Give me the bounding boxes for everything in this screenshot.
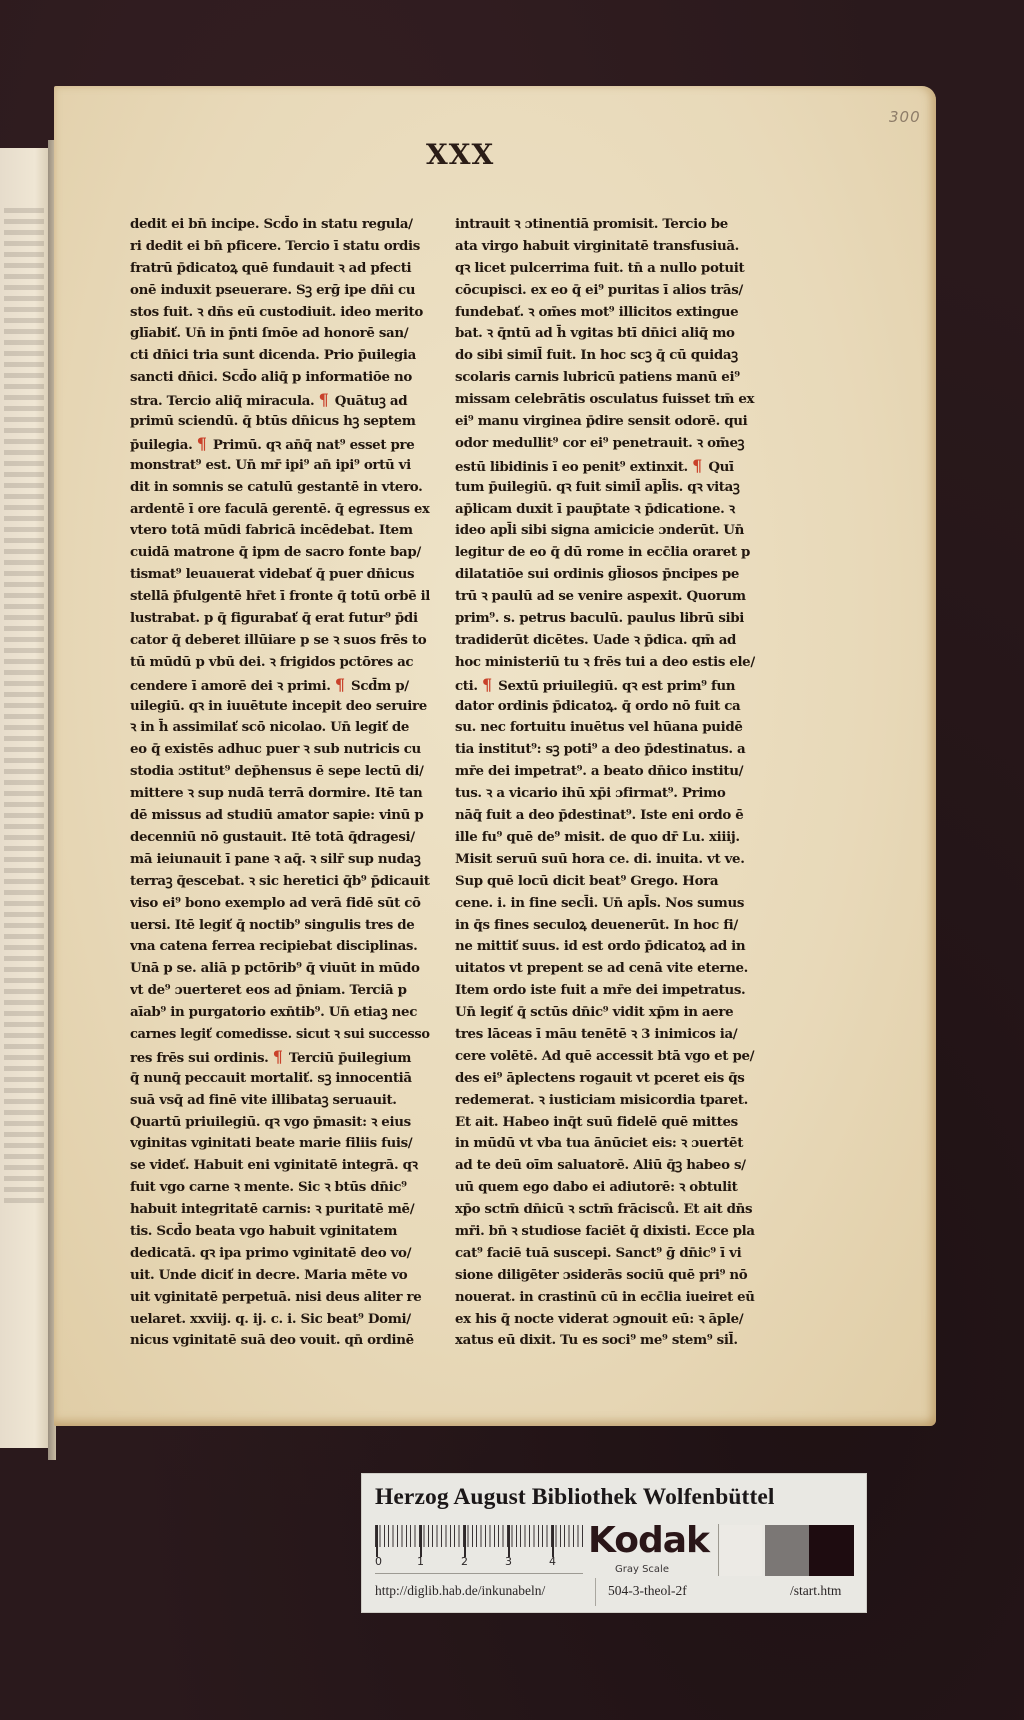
gray-patch-white: [720, 1525, 762, 1576]
text-line: do sibi simil̄ fuit. In hoc scꝫ q̄ cū qu…: [455, 345, 755, 367]
text-line: uit. Unde diciť in decre. Maria mēte vo: [130, 1265, 430, 1287]
line-text: primū sciendū. q̄ btūs dn̄icus hꝫ septem: [130, 413, 416, 429]
line-text: cti.: [455, 678, 482, 694]
text-line: decenniū nō gustauit. Itē totā q̄dragesi…: [130, 827, 430, 849]
text-line: nouerat. in crastinū cū in ecc̄lia iueir…: [455, 1287, 755, 1309]
facing-page-text-bleed: [4, 208, 44, 1208]
text-line: qꝛ licet pulcerrima fuit. tn̄ a nullo po…: [455, 258, 755, 280]
text-line: p̄uilegia. ¶ Primū. qꝛ an̄q̄ nat⁹ esset …: [130, 433, 430, 455]
ruler-label: 1: [417, 1555, 424, 1568]
text-line: onē induxit pseuerare. Sꝫ erḡ ipe dn̄i c…: [130, 280, 430, 302]
line-text: dē missus ad studiū amator sapie: vinū p: [130, 807, 423, 823]
line-text: ata virgo habuit virginitatē transfusiuā…: [455, 238, 739, 254]
gray-patch-mid: [765, 1525, 809, 1576]
rubric-pilcrow-icon: ¶: [319, 389, 329, 411]
line-text: trū ꝛ paulū ad se venire aspexit. Quorum: [455, 588, 746, 604]
text-line: tismat⁹ leuauerat videbať q̄ puer dn̄icu…: [130, 564, 430, 586]
line-text: missam celebrātis osculatus fuisset tm̄ …: [455, 391, 754, 407]
line-text: uitatos vt prepent se ad cenā vite etern…: [455, 960, 748, 976]
text-line: habuit integritatē carnis: ꝛ puritatē mē…: [130, 1199, 430, 1221]
text-line: scolaris carnis lubricū patiens manū ei⁹: [455, 367, 755, 389]
line-text: stodia ɔstitut⁹ dep̄hensus ē sepe lectū …: [130, 763, 424, 779]
line-text: aīab⁹ in purgatorio exn̄tib⁹. Un̄ etiaꝫ …: [130, 1004, 417, 1020]
line-text: des ei⁹ āplectens rogauit vt pceret eis …: [455, 1070, 744, 1086]
text-line: missam celebrātis osculatus fuisset tm̄ …: [455, 389, 755, 411]
line-text: cōcupisci. ex eo q̄ ei⁹ puritas ī alios …: [455, 282, 743, 298]
rubric-pilcrow-icon: ¶: [273, 1046, 283, 1068]
text-line: vtero totā mūdi fabricā incēdebat. Item: [130, 520, 430, 542]
text-line: sancti dn̄ici. Scd̄o aliq̄ p informatiōe…: [130, 367, 430, 389]
text-line: tres lāceas ī māu tenētē ꝛ 3 inimicos ia…: [455, 1024, 755, 1046]
text-line: mr̄e dei impetrat⁹. a beato dn̄ico insti…: [455, 761, 755, 783]
line-text: tum p̄uilegiū. qꝛ fuit simil̄ apl̄is. qꝛ…: [455, 479, 739, 495]
color-calibration-card: Herzog August Bibliothek Wolfenbüttel 0 …: [362, 1474, 866, 1612]
line-text: fundebať. ꝛ om̄es mot⁹ illicitos extingu…: [455, 304, 738, 320]
text-line: prim⁹. s. petrus baculū. paulus librū si…: [455, 608, 755, 630]
text-line: Quartū priuilegiū. qꝛ vgo p̄masit: ꝛ eiu…: [130, 1112, 430, 1134]
line-text: Item ordo iste fuit a mr̄e dei impetratu…: [455, 982, 745, 998]
text-line: ata virgo habuit virginitatē transfusiuā…: [455, 236, 755, 258]
line-text: qꝛ licet pulcerrima fuit. tn̄ a nullo po…: [455, 260, 744, 276]
text-line: primū sciendū. q̄ btūs dn̄icus hꝫ septem: [130, 411, 430, 433]
line-text: eo q̄ existēs adhuc puer ꝛ sub nutricis …: [130, 741, 421, 757]
text-line: dedit ei bn̄ incipe. Scd̄o in statu regu…: [130, 214, 430, 236]
line-text: terraꝫ q̄escebat. ꝛ sic heretici q̄b⁹ p̄…: [130, 873, 430, 889]
text-line: cōcupisci. ex eo q̄ ei⁹ puritas ī alios …: [455, 280, 755, 302]
line-text: in q̄s fines seculoꝝ deuenerūt. In hoc f…: [455, 917, 738, 933]
rubric-pilcrow-icon: ¶: [692, 455, 702, 477]
line-text: res frēs sui ordinis.: [130, 1050, 273, 1066]
kodak-logo: Kodak: [588, 1520, 709, 1561]
line-text: cat⁹ faciē tuā suscepi. Sanct⁹ ḡ dn̄ic⁹ …: [455, 1245, 741, 1261]
text-line: mā ieiunauit ī pane ꝛ aq̄. ꝛ silr̄ sup n…: [130, 849, 430, 871]
line-text: cendere ī amorē dei ꝛ primi.: [130, 678, 335, 694]
line-text: Et ait. Habeo inq̄t suū fidelē quē mitte…: [455, 1114, 738, 1130]
text-line: bat. ꝛ q̄ntū ad h̄ vgitas btī dn̄ici ali…: [455, 323, 755, 345]
text-line: cator q̄ deberet illūiare p se ꝛ suos fr…: [130, 630, 430, 652]
line-text: cere volētē. Ad quē accessit btā vgo et …: [455, 1048, 754, 1064]
line-text: fuit vgo carne ꝛ mente. Sic ꝛ btūs dn̄ic…: [130, 1179, 407, 1195]
line-text: dit in somnis se catulū gestantē in vter…: [130, 479, 422, 495]
text-line: in mūdū vt vba tua ānūciet eis: ꝛ ɔuertē…: [455, 1133, 755, 1155]
text-line: dedicatā. qꝛ ipa primo vginitatē deo vo/: [130, 1243, 430, 1265]
line-text: cator q̄ deberet illūiare p se ꝛ suos fr…: [130, 632, 426, 648]
text-line: stos fuit. ꝛ dn̄s eū custodiuit. ideo me…: [130, 302, 430, 324]
ruler-label: 4: [549, 1555, 556, 1568]
line-text: tis. Scd̄o beata vgo habuit vginitatem: [130, 1223, 397, 1239]
line-text: ardentē ī ore faculā gerentē. q̄ egressu…: [130, 501, 429, 517]
digital-library-url: http://diglib.hab.de/inkunabeln/: [375, 1583, 545, 1599]
text-line: xatus eū dixit. Tu es soci⁹ me⁹ stem⁹ si…: [455, 1330, 755, 1352]
text-line: uilegiū. qꝛ in iuuētute incepit deo seru…: [130, 696, 430, 718]
line-text: Misit seruū suū hora ce. di. inuita. vt …: [455, 851, 745, 867]
text-line: Un̄ legiť q̄ sctūs dn̄ic⁹ vidit xp̄m in …: [455, 1002, 755, 1024]
rubric-pilcrow-icon: ¶: [482, 674, 492, 696]
line-text: tismat⁹ leuauerat videbať q̄ puer dn̄icu…: [130, 566, 414, 582]
line-text: dator ordinis p̄dicatoꝝ. q̄ ordo nō fuit…: [455, 698, 740, 714]
line-text: vna catena ferrea recipiebat disciplinas…: [130, 938, 417, 954]
line-text: sancti dn̄ici. Scd̄o aliq̄ p informatiōe…: [130, 369, 412, 385]
patch-divider: [718, 1524, 719, 1576]
text-line: cere volētē. Ad quē accessit btā vgo et …: [455, 1046, 755, 1068]
shelfmark: 504-3-theol-2f: [608, 1583, 687, 1599]
line-text: xp̄o sctm̄ dn̄icū ꝛ sctm̄ frācisců. Et a…: [455, 1201, 752, 1217]
line-text: tū mūdū p vbū dei. ꝛ frigidos pctōres ac: [130, 654, 413, 670]
library-name: Herzog August Bibliothek Wolfenbüttel: [375, 1484, 855, 1511]
line-text: intrauit ꝛ ɔtinentiā promisit. Tercio be: [455, 216, 728, 232]
line-text: vginitas vginitati beate marie filiis fu…: [130, 1135, 412, 1151]
line-text: dedit ei bn̄ incipe. Scd̄o in statu regu…: [130, 216, 413, 232]
line-text: vt de⁹ ɔuerteret eos ad p̄niam. Terciā p: [130, 982, 407, 998]
text-line: ꝛ in h̄ assimilať scō nicolao. Un̄ legiť…: [130, 717, 430, 739]
line-text: fratrū p̄dicatoꝝ quē fundauit ꝛ ad pfect…: [130, 260, 411, 276]
text-line: sione diligēter ɔsiderās sociū quē pri⁹ …: [455, 1265, 755, 1287]
line-text: glīabiť. Un̄ in p̄nti ſmōe ad honorē san…: [130, 325, 408, 341]
text-line: viso ei⁹ bono exemplo ad verā fidē sūt c…: [130, 893, 430, 915]
ruler-label: 0: [375, 1555, 382, 1568]
line-text: mr̄i. bn̄ ꝛ studiose faciēt q̄ dixisti. …: [455, 1223, 755, 1239]
text-line: legitur de eo q̄ dū rome in ecc̄lia orar…: [455, 542, 755, 564]
text-line: ei⁹ manu virginea p̄dire sensit odorē. q…: [455, 411, 755, 433]
line-text: Quartū priuilegiū. qꝛ vgo p̄masit: ꝛ eiu…: [130, 1114, 411, 1130]
text-line: Item ordo iste fuit a mr̄e dei impetratu…: [455, 980, 755, 1002]
text-line: cti. ¶ Sextū priuilegiū. qꝛ est prim⁹ fu…: [455, 674, 755, 696]
line-text: cene. i. in fine secl̄i. Un̄ apl̄s. Nos …: [455, 895, 744, 911]
line-text: uit vginitatē perpetuā. nisi deus aliter…: [130, 1289, 421, 1305]
text-line: ad te deū oīm saluatorē. Aliū q̄ꝫ habeo …: [455, 1155, 755, 1177]
line-text: estū libidinis ī eo penit⁹ extinxit.: [455, 459, 692, 475]
rubric-pilcrow-icon: ¶: [335, 674, 345, 696]
text-line: cat⁹ faciē tuā suscepi. Sanct⁹ ḡ dn̄ic⁹ …: [455, 1243, 755, 1265]
handwritten-folio-number: 300: [889, 108, 921, 126]
text-line: intrauit ꝛ ɔtinentiā promisit. Tercio be: [455, 214, 755, 236]
line-text: odor medullit⁹ cor ei⁹ penetrauit. ꝛ om̄…: [455, 435, 744, 451]
text-line: terraꝫ q̄escebat. ꝛ sic heretici q̄b⁹ p̄…: [130, 871, 430, 893]
centimeter-ruler: 0 1 2 3 4: [375, 1525, 583, 1574]
ruler-label: 3: [505, 1555, 512, 1568]
line-text: sione diligēter ɔsiderās sociū quē pri⁹ …: [455, 1267, 747, 1283]
line-text: uū quem ego dabo ei adiutorē: ꝛ obtulit: [455, 1179, 737, 1195]
line-text: monstrat⁹ est. Un̄ mr̄ ipi⁹ an̄ ipi⁹ ort…: [130, 457, 411, 473]
line-text: dilatatiōe sui ordinis gl̄iosos p̄ncipes…: [455, 566, 739, 582]
text-line: ne mittiť suus. id est ordo p̄dicatoꝝ ad…: [455, 936, 755, 958]
text-line: nicus vginitatē suā deo vouit. qn̄ ordin…: [130, 1330, 430, 1352]
line-text: ap̄licam duxit ī paup̄tate ꝛ p̄dicatione…: [455, 501, 735, 517]
line-text: in mūdū vt vba tua ānūciet eis: ꝛ ɔuertē…: [455, 1135, 743, 1151]
line-text: onē induxit pseuerare. Sꝫ erḡ ipe dn̄i c…: [130, 282, 415, 298]
text-line: ardentē ī ore faculā gerentē. q̄ egressu…: [130, 499, 430, 521]
text-line: tū mūdū p vbū dei. ꝛ frigidos pctōres ac: [130, 652, 430, 674]
line-text: do sibi simil̄ fuit. In hoc scꝫ q̄ cū qu…: [455, 347, 738, 363]
text-line: Sup quē locū dicit beat⁹ Grego. Hora: [455, 871, 755, 893]
line-text: decenniū nō gustauit. Itē totā q̄dragesi…: [130, 829, 415, 845]
line-text: stos fuit. ꝛ dn̄s eū custodiuit. ideo me…: [130, 304, 423, 320]
line-text: ei⁹ manu virginea p̄dire sensit odorē. q…: [455, 413, 747, 429]
text-line: odor medullit⁹ cor ei⁹ penetrauit. ꝛ om̄…: [455, 433, 755, 455]
line-text: ad te deū oīm saluatorē. Aliū q̄ꝫ habeo …: [455, 1157, 746, 1173]
line-text: uersi. Itē legiť q̄ noctib⁹ singulis tre…: [130, 917, 414, 933]
text-line: fundebať. ꝛ om̄es mot⁹ illicitos extingu…: [455, 302, 755, 324]
text-line: se videť. Habuit eni vginitatē integrā. …: [130, 1155, 430, 1177]
text-line: tia institut⁹: sꝫ poti⁹ a deo p̄destinat…: [455, 739, 755, 761]
text-line: lustrabat. p q̄ figurabať q̄ erat futur⁹…: [130, 608, 430, 630]
text-line: vt de⁹ ɔuerteret eos ad p̄niam. Terciā p: [130, 980, 430, 1002]
line-text: cti dn̄ici tria sunt dicenda. Prio p̄uil…: [130, 347, 416, 363]
running-head: XXX: [426, 138, 494, 171]
line-text: Quī: [704, 459, 734, 475]
line-text: ex his q̄ nocte viderat ɔgnouit eū: ꝛ āp…: [455, 1311, 743, 1327]
text-line: suā vsq̄ ad finē vite illibataꝫ seruauit…: [130, 1090, 430, 1112]
line-text: mā ieiunauit ī pane ꝛ aq̄. ꝛ silr̄ sup n…: [130, 851, 421, 867]
text-line: dilatatiōe sui ordinis gl̄iosos p̄ncipes…: [455, 564, 755, 586]
gray-patch-black: [809, 1525, 854, 1576]
text-line: nāq̄ fuit a deo p̄destinat⁹. Iste eni or…: [455, 805, 755, 827]
text-line: su. nec fortuitu inuētus vel hūana puidē: [455, 717, 755, 739]
text-line: glīabiť. Un̄ in p̄nti ſmōe ad honorē san…: [130, 323, 430, 345]
text-line: monstrat⁹ est. Un̄ mr̄ ipi⁹ an̄ ipi⁹ ort…: [130, 455, 430, 477]
text-line: trū ꝛ paulū ad se venire aspexit. Quorum: [455, 586, 755, 608]
text-line: eo q̄ existēs adhuc puer ꝛ sub nutricis …: [130, 739, 430, 761]
text-line: fuit vgo carne ꝛ mente. Sic ꝛ btūs dn̄ic…: [130, 1177, 430, 1199]
line-text: Scd̄m p/: [347, 678, 409, 694]
text-line: ille fu⁹ quē de⁹ misit. de quo dr̄ Lu. x…: [455, 827, 755, 849]
line-text: dedicatā. qꝛ ipa primo vginitatē deo vo/: [130, 1245, 411, 1261]
text-line: dē missus ad studiū amator sapie: vinū p: [130, 805, 430, 827]
line-text: mittere ꝛ sup nudā terrā dormire. Itē ta…: [130, 785, 422, 801]
line-text: ne mittiť suus. id est ordo p̄dicatoꝝ ad…: [455, 938, 745, 954]
line-text: tia institut⁹: sꝫ poti⁹ a deo p̄destinat…: [455, 741, 745, 757]
text-line: redemerat. ꝛ iusticiam misicordia tparet…: [455, 1090, 755, 1112]
line-text: ille fu⁹ quē de⁹ misit. de quo dr̄ Lu. x…: [455, 829, 740, 845]
line-text: se videť. Habuit eni vginitatē integrā. …: [130, 1157, 418, 1173]
text-line: in q̄s fines seculoꝝ deuenerūt. In hoc f…: [455, 915, 755, 937]
ruler-major-ticks: [375, 1525, 583, 1557]
line-text: su. nec fortuitu inuētus vel hūana puidē: [455, 719, 743, 735]
incunable-page: 300 XXX dedit ei bn̄ incipe. Scd̄o in st…: [54, 86, 936, 1426]
line-text: uit. Unde diciť in decre. Maria mēte vo: [130, 1267, 407, 1283]
line-text: vtero totā mūdi fabricā incēdebat. Item: [130, 522, 413, 538]
text-line: dit in somnis se catulū gestantē in vter…: [130, 477, 430, 499]
line-text: Un̄ legiť q̄ sctūs dn̄ic⁹ vidit xp̄m in …: [455, 1004, 733, 1020]
text-line: cuidā matrone q̄ ipm de sacro fonte bap/: [130, 542, 430, 564]
text-line: tus. ꝛ a vicario ihū xp̄i ɔfirmat⁹. Prim…: [455, 783, 755, 805]
text-line: vginitas vginitati beate marie filiis fu…: [130, 1133, 430, 1155]
text-line: aīab⁹ in purgatorio exn̄tib⁹. Un̄ etiaꝫ …: [130, 1002, 430, 1024]
line-text: uelaret. xxviij. q. ij. c. i. Sic beat⁹ …: [130, 1311, 411, 1327]
text-line: ex his q̄ nocte viderat ɔgnouit eū: ꝛ āp…: [455, 1309, 755, 1331]
text-line: Misit seruū suū hora ce. di. inuita. vt …: [455, 849, 755, 871]
text-line: xp̄o sctm̄ dn̄icū ꝛ sctm̄ frācisců. Et a…: [455, 1199, 755, 1221]
url-suffix: /start.htm: [790, 1583, 841, 1599]
rubric-pilcrow-icon: ¶: [197, 433, 207, 455]
line-text: ꝛ in h̄ assimilať scō nicolao. Un̄ legiť…: [130, 719, 409, 735]
footer-divider: [595, 1578, 596, 1606]
line-text: carnes legiť comedisse. sicut ꝛ sui succ…: [130, 1026, 430, 1042]
line-text: ri dedit ei bn̄ pficere. Tercio ī statu …: [130, 238, 420, 254]
text-line: fratrū p̄dicatoꝝ quē fundauit ꝛ ad pfect…: [130, 258, 430, 280]
line-text: habuit integritatē carnis: ꝛ puritatē mē…: [130, 1201, 414, 1217]
line-text: prim⁹. s. petrus baculū. paulus librū si…: [455, 610, 744, 626]
gray-scale-label: Gray Scale: [615, 1564, 669, 1575]
text-column-right: intrauit ꝛ ɔtinentiā promisit. Tercio be…: [455, 214, 755, 1352]
line-text: Sextū priuilegiū. qꝛ est prim⁹ fun: [494, 678, 735, 694]
line-text: Primū. qꝛ an̄q̄ nat⁹ esset pre: [209, 437, 415, 453]
line-text: q̄ nunq̄ peccauit mortaliť. sꝫ innocenti…: [130, 1070, 412, 1086]
line-text: mr̄e dei impetrat⁹. a beato dn̄ico insti…: [455, 763, 743, 779]
line-text: legitur de eo q̄ dū rome in ecc̄lia orar…: [455, 544, 750, 560]
line-text: redemerat. ꝛ iusticiam misicordia tparet…: [455, 1092, 748, 1108]
line-text: xatus eū dixit. Tu es soci⁹ me⁹ stem⁹ si…: [455, 1332, 738, 1348]
text-line: cti dn̄ici tria sunt dicenda. Prio p̄uil…: [130, 345, 430, 367]
text-line: stra. Tercio aliq̄ miracula. ¶ Quātuꝫ ad: [130, 389, 430, 411]
text-line: res frēs sui ordinis. ¶ Terciū p̄uilegiu…: [130, 1046, 430, 1068]
line-text: ideo apl̄i sibi signa amicicie ɔnderūt. …: [455, 522, 744, 538]
line-text: scolaris carnis lubricū patiens manū ei⁹: [455, 369, 740, 385]
line-text: nicus vginitatē suā deo vouit. qn̄ ordin…: [130, 1332, 414, 1348]
line-text: lustrabat. p q̄ figurabať q̄ erat futur⁹…: [130, 610, 418, 626]
line-text: stellā p̄fulgentē hr̄et ī fronte q̄ totū…: [130, 588, 430, 604]
text-line: cene. i. in fine secl̄i. Un̄ apl̄s. Nos …: [455, 893, 755, 915]
line-text: viso ei⁹ bono exemplo ad verā fidē sūt c…: [130, 895, 421, 911]
text-line: estū libidinis ī eo penit⁹ extinxit. ¶ Q…: [455, 455, 755, 477]
text-line: hoc ministeriū tu ꝛ frēs tui a deo estis…: [455, 652, 755, 674]
text-line: uū quem ego dabo ei adiutorē: ꝛ obtulit: [455, 1177, 755, 1199]
line-text: nāq̄ fuit a deo p̄destinat⁹. Iste eni or…: [455, 807, 743, 823]
line-text: suā vsq̄ ad finē vite illibataꝫ seruauit…: [130, 1092, 397, 1108]
line-text: Sup quē locū dicit beat⁹ Grego. Hora: [455, 873, 718, 889]
line-text: tradiderūt dicētes. Uade ꝛ p̄dica. qm̄ a…: [455, 632, 736, 648]
text-column-left: dedit ei bn̄ incipe. Scd̄o in statu regu…: [130, 214, 430, 1352]
line-text: hoc ministeriū tu ꝛ frēs tui a deo estis…: [455, 654, 755, 670]
facing-page-edge: [0, 148, 50, 1448]
text-line: des ei⁹ āplectens rogauit vt pceret eis …: [455, 1068, 755, 1090]
text-line: q̄ nunq̄ peccauit mortaliť. sꝫ innocenti…: [130, 1068, 430, 1090]
text-line: Unā p se. aliā p pctōrib⁹ q̄ viuūt in mū…: [130, 958, 430, 980]
text-line: Et ait. Habeo inq̄t suū fidelē quē mitte…: [455, 1112, 755, 1134]
line-text: Quātuꝫ ad: [331, 393, 408, 409]
text-line: uitatos vt prepent se ad cenā vite etern…: [455, 958, 755, 980]
line-text: bat. ꝛ q̄ntū ad h̄ vgitas btī dn̄ici ali…: [455, 325, 735, 341]
line-text: uilegiū. qꝛ in iuuētute incepit deo seru…: [130, 698, 427, 714]
line-text: Unā p se. aliā p pctōrib⁹ q̄ viuūt in mū…: [130, 960, 420, 976]
text-line: mittere ꝛ sup nudā terrā dormire. Itē ta…: [130, 783, 430, 805]
text-line: uersi. Itē legiť q̄ noctib⁹ singulis tre…: [130, 915, 430, 937]
text-line: stellā p̄fulgentē hr̄et ī fronte q̄ totū…: [130, 586, 430, 608]
line-text: tres lāceas ī māu tenētē ꝛ 3 inimicos ia…: [455, 1026, 737, 1042]
text-line: stodia ɔstitut⁹ dep̄hensus ē sepe lectū …: [130, 761, 430, 783]
text-line: tradiderūt dicētes. Uade ꝛ p̄dica. qm̄ a…: [455, 630, 755, 652]
text-line: ri dedit ei bn̄ pficere. Tercio ī statu …: [130, 236, 430, 258]
text-line: mr̄i. bn̄ ꝛ studiose faciēt q̄ dixisti. …: [455, 1221, 755, 1243]
text-line: tum p̄uilegiū. qꝛ fuit simil̄ apl̄is. qꝛ…: [455, 477, 755, 499]
text-line: carnes legiť comedisse. sicut ꝛ sui succ…: [130, 1024, 430, 1046]
text-line: ap̄licam duxit ī paup̄tate ꝛ p̄dicatione…: [455, 499, 755, 521]
text-line: ideo apl̄i sibi signa amicicie ɔnderūt. …: [455, 520, 755, 542]
text-line: uelaret. xxviij. q. ij. c. i. Sic beat⁹ …: [130, 1309, 430, 1331]
text-line: tis. Scd̄o beata vgo habuit vginitatem: [130, 1221, 430, 1243]
line-text: tus. ꝛ a vicario ihū xp̄i ɔfirmat⁹. Prim…: [455, 785, 725, 801]
line-text: cuidā matrone q̄ ipm de sacro fonte bap/: [130, 544, 421, 560]
text-line: dator ordinis p̄dicatoꝝ. q̄ ordo nō fuit…: [455, 696, 755, 718]
text-line: cendere ī amorē dei ꝛ primi. ¶ Scd̄m p/: [130, 674, 430, 696]
line-text: Terciū p̄uilegium: [285, 1050, 412, 1066]
ruler-labels: 0 1 2 3 4: [375, 1555, 583, 1571]
line-text: stra. Tercio aliq̄ miracula.: [130, 393, 319, 409]
line-text: p̄uilegia.: [130, 437, 197, 453]
ruler-label: 2: [461, 1555, 468, 1568]
line-text: nouerat. in crastinū cū in ecc̄lia iueir…: [455, 1289, 755, 1305]
text-line: vna catena ferrea recipiebat disciplinas…: [130, 936, 430, 958]
text-line: uit vginitatē perpetuā. nisi deus aliter…: [130, 1287, 430, 1309]
